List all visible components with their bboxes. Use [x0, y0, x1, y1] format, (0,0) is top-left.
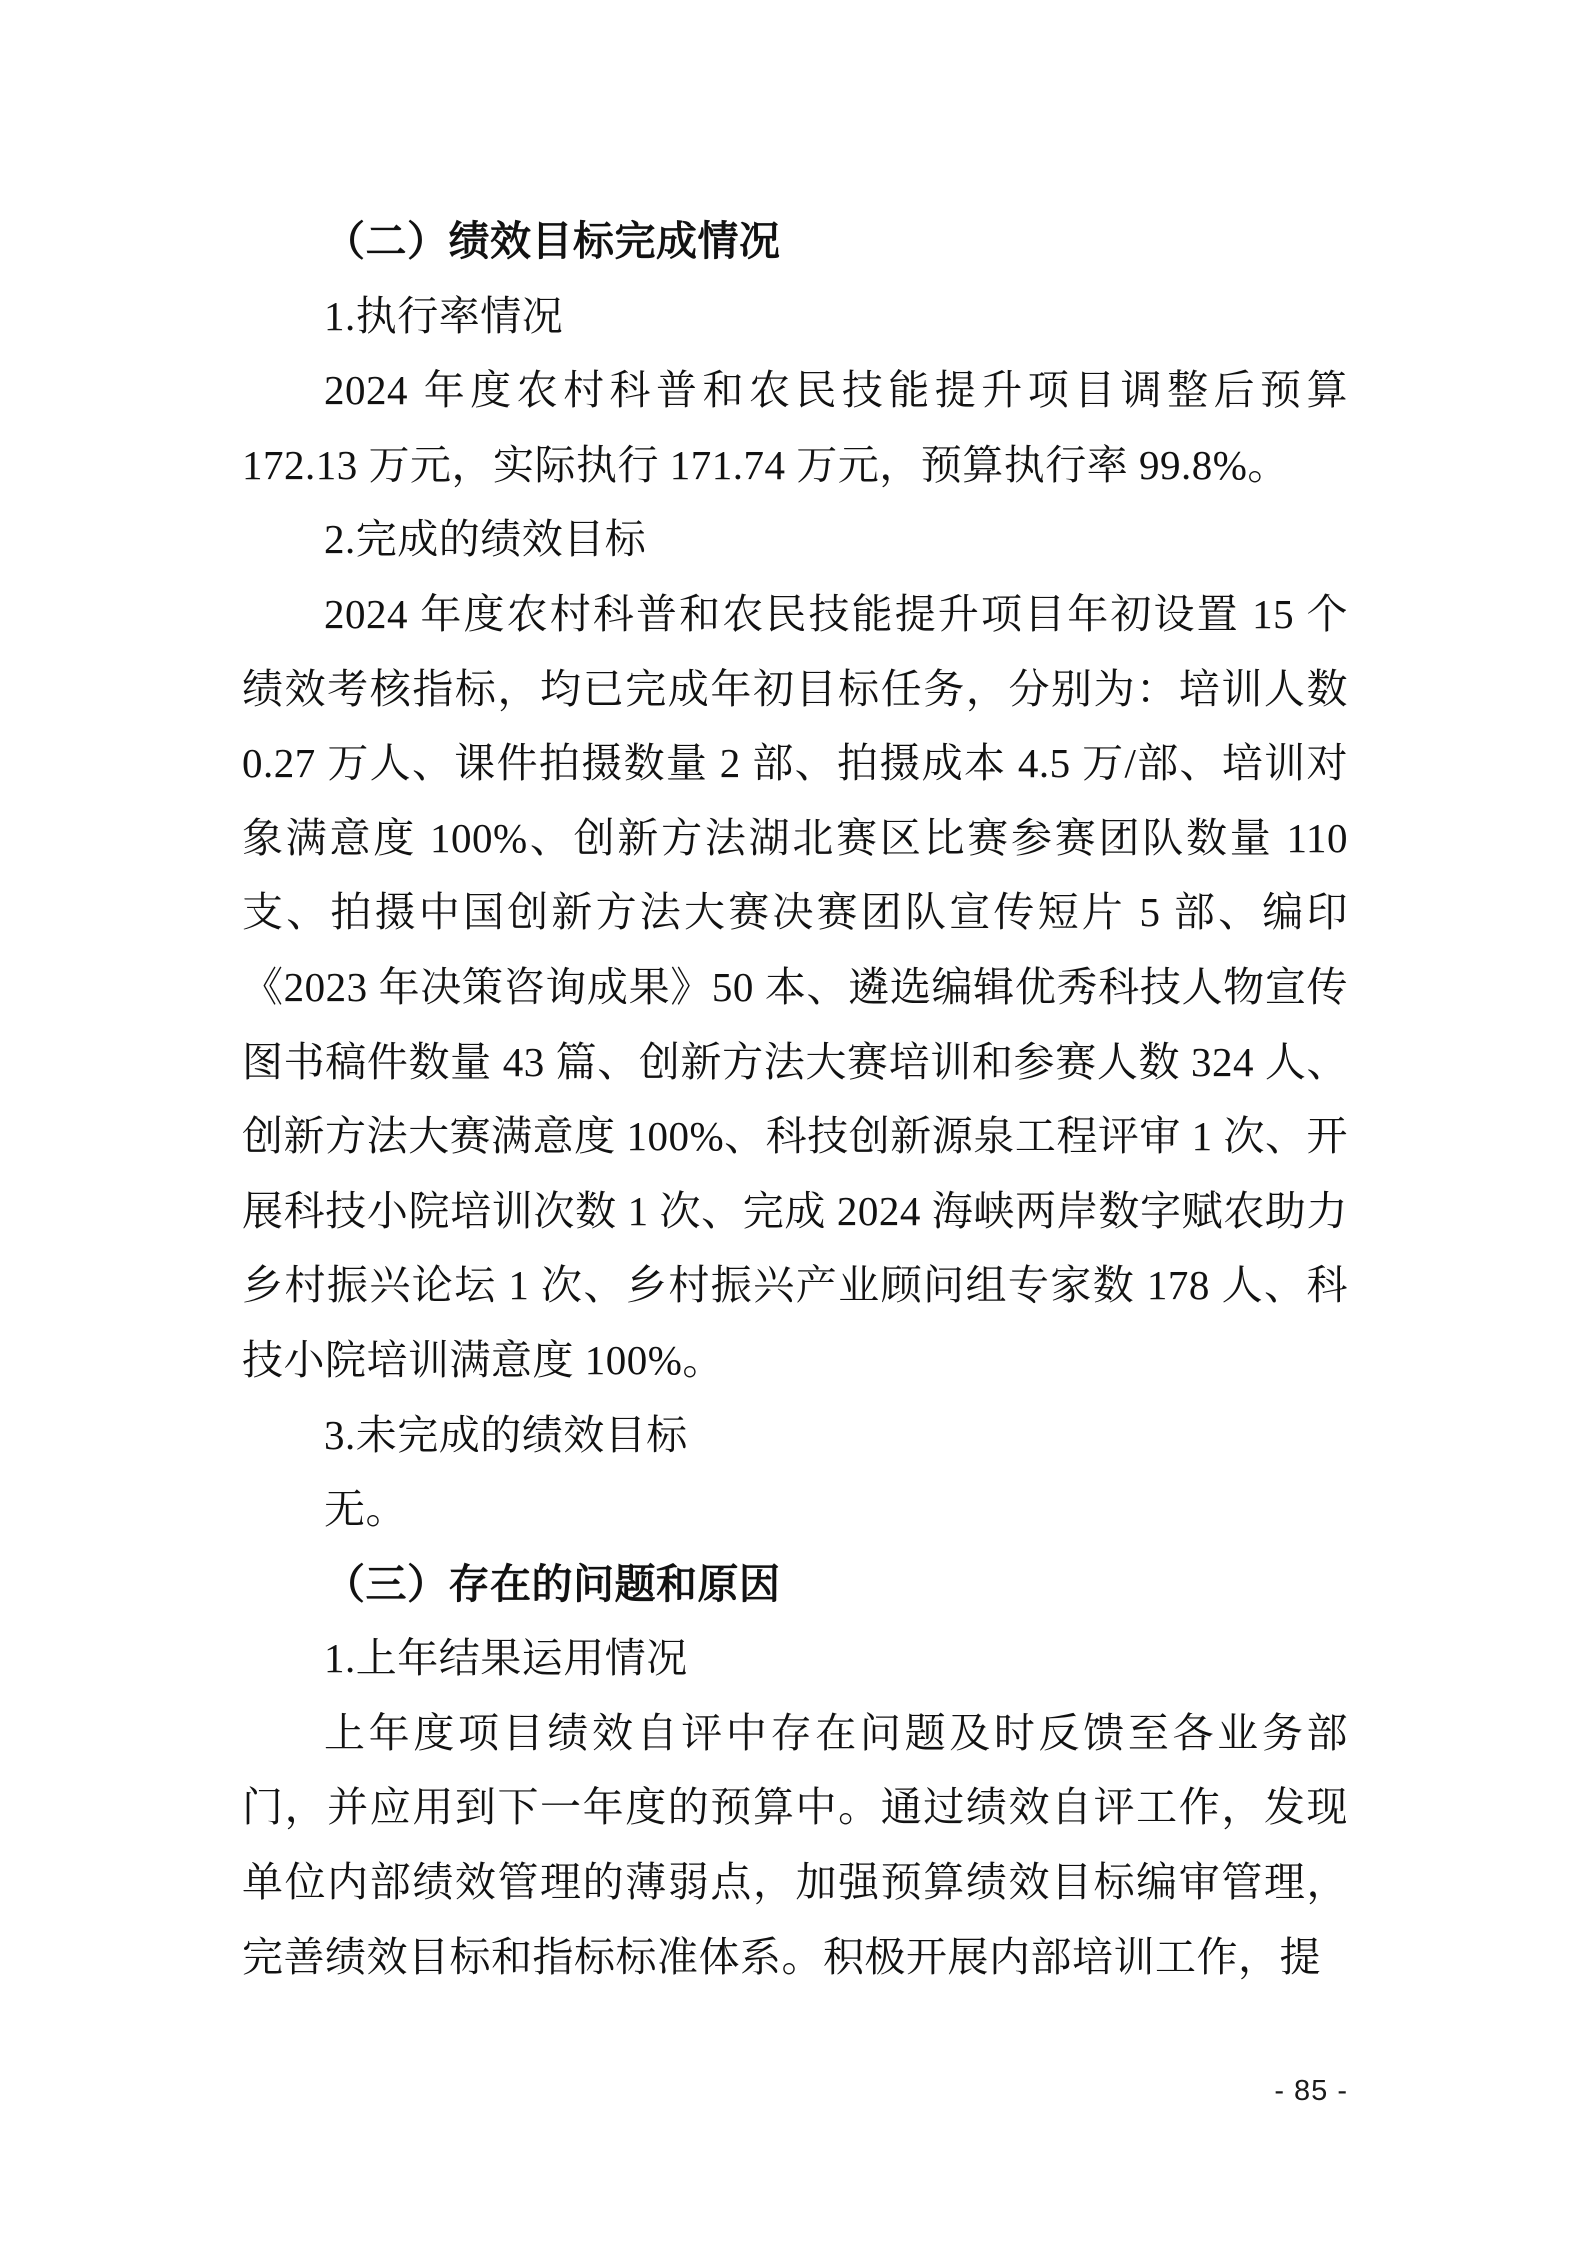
paragraph: 3.未完成的绩效目标: [242, 1398, 1348, 1473]
paragraph: 1.执行率情况: [242, 279, 1348, 354]
paragraph: 上年度项目绩效自评中存在问题及时反馈至各业务部门，并应用到下一年度的预算中。通过…: [242, 1696, 1348, 1994]
page-number: - 85 -: [1274, 2074, 1348, 2108]
paragraph: 2024 年度农村科普和农民技能提升项目年初设置 15 个绩效考核指标，均已完成…: [242, 577, 1348, 1398]
document-page: （二）绩效目标完成情况1.执行率情况2024 年度农村科普和农民技能提升项目调整…: [0, 0, 1587, 2245]
paragraph: 2.完成的绩效目标: [242, 502, 1348, 577]
section-heading: （三）存在的问题和原因: [242, 1547, 1348, 1622]
section-heading: （二）绩效目标完成情况: [242, 204, 1348, 279]
paragraph: 1.上年结果运用情况: [242, 1621, 1348, 1696]
paragraph: 2024 年度农村科普和农民技能提升项目调整后预算 172.13 万元，实际执行…: [242, 353, 1348, 502]
document-body: （二）绩效目标完成情况1.执行率情况2024 年度农村科普和农民技能提升项目调整…: [242, 204, 1348, 1994]
paragraph: 无。: [242, 1472, 1348, 1547]
